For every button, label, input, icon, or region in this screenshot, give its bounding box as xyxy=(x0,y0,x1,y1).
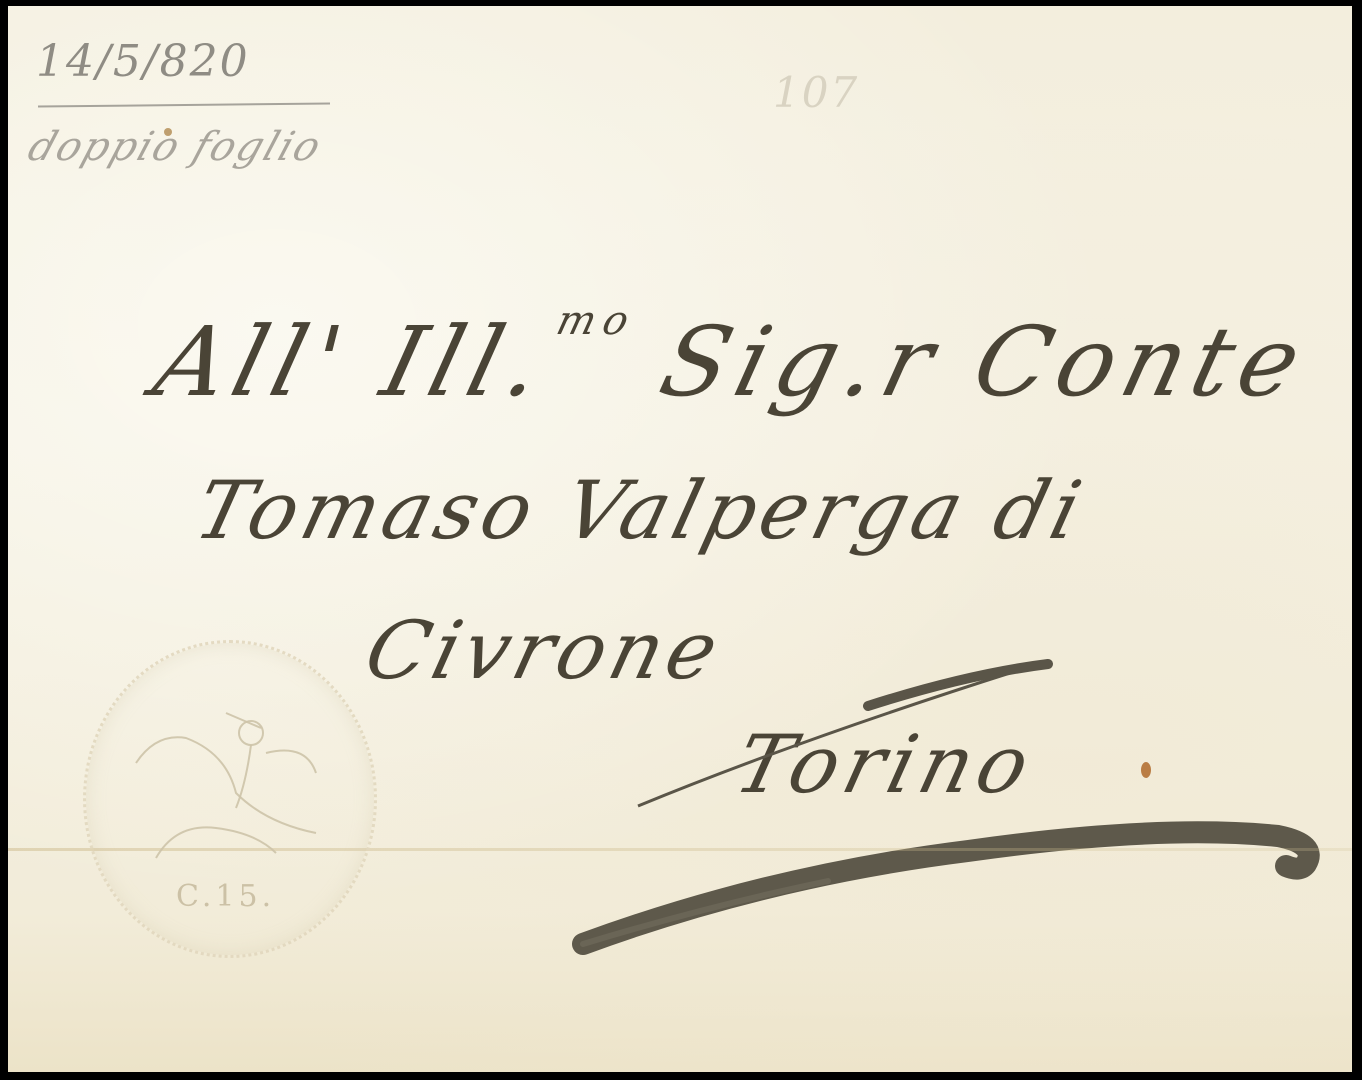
address-line-1: All' Ill.mo Sig.r Conte xyxy=(144,306,1319,418)
address-superscript: mo xyxy=(552,298,641,344)
pencil-note: doppio foglio xyxy=(23,124,329,170)
address-city: Torino xyxy=(726,718,1044,811)
address-title: Sig.r Conte xyxy=(650,306,1319,418)
address-line-2: Tomaso Valperga di xyxy=(186,464,1094,557)
horse-rider-icon xyxy=(116,683,346,873)
pencil-number: 107 xyxy=(773,68,859,117)
pencil-underline xyxy=(38,102,330,107)
stamp-value: C.15. xyxy=(176,879,275,914)
embossed-stamp: C.15. xyxy=(83,640,377,958)
address-salutation: All' Ill. xyxy=(144,306,561,418)
image-frame: 14/5/820 doppio foglio 107 All' Ill.mo S… xyxy=(0,0,1362,1080)
letter-cover: 14/5/820 doppio foglio 107 All' Ill.mo S… xyxy=(8,6,1352,1072)
pencil-date: 14/5/820 xyxy=(36,36,250,87)
address-line-3: Civrone xyxy=(356,604,731,697)
